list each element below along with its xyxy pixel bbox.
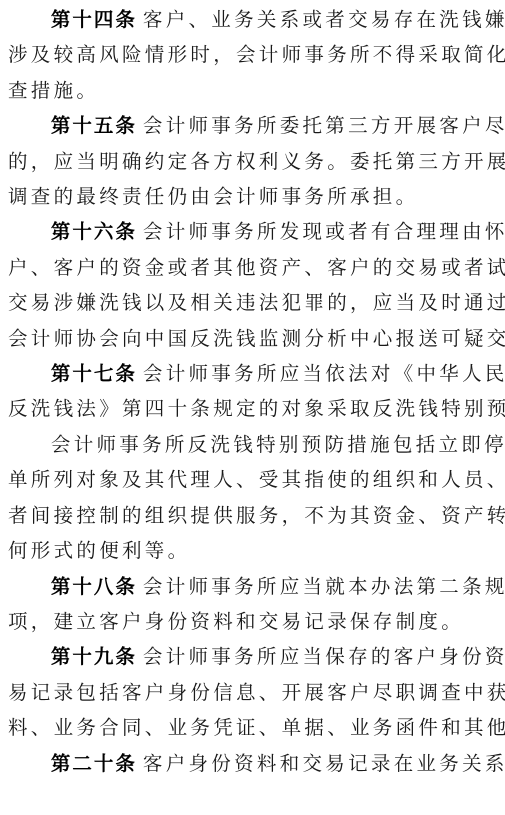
- text-line: 交易涉嫌洗钱以及相关违法犯罪的，应当及时通过中国注册: [8, 285, 498, 320]
- article-14: 第十四条客户、业务关系或者交易存在洗钱嫌疑或者 涉及较高风险情形时，会计师事务所…: [8, 2, 498, 108]
- article-heading: 第二十条: [51, 752, 137, 775]
- article-19: 第十九条会计师事务所应当保存的客户身份资料和交 易记录包括客户身份信息、开展客户…: [8, 639, 498, 745]
- text-line: 客户、业务关系或者交易存在洗钱嫌疑或者: [143, 8, 505, 31]
- text-line: 的，应当明确约定各方权利义务。委托第三方开展客户尽职: [8, 144, 498, 179]
- text-line: 单所列对象及其代理人、受其指使的组织和人员、其直接或: [8, 462, 498, 497]
- text-line: 会计师事务所委托第三方开展客户尽职调查: [143, 114, 505, 137]
- text-line: 会计师事务所应当依法对《中华人民共和国: [143, 362, 505, 385]
- article-17-paragraph-2: 会计师事务所反洗钱特别预防措施包括立即停止向名 单所列对象及其代理人、受其指使的…: [8, 427, 498, 569]
- article-16: 第十六条会计师事务所发现或者有合理理由怀疑客 户、客户的资金或者其他资产、客户的…: [8, 214, 498, 356]
- article-heading: 第十八条: [51, 575, 137, 598]
- article-15: 第十五条会计师事务所委托第三方开展客户尽职调查 的，应当明确约定各方权利义务。委…: [8, 108, 498, 214]
- text-line: 反洗钱法》第四十条规定的对象采取反洗钱特别预防措施。: [8, 391, 498, 426]
- article-20: 第二十条客户身份资料和交易记录在业务关系或交易: [8, 746, 498, 781]
- article-heading: 第十五条: [51, 114, 137, 137]
- text-line: 会计师事务所应当就本办法第二条规定事: [143, 575, 505, 598]
- article-heading: 第十四条: [51, 8, 137, 31]
- text-line: 户、客户的资金或者其他资产、客户的交易或者试图进行的: [8, 250, 498, 285]
- article-18: 第十八条会计师事务所应当就本办法第二条规定事 项，建立客户身份资料和交易记录保存…: [8, 569, 498, 640]
- text-line: 客户身份资料和交易记录在业务关系或交易: [143, 752, 505, 775]
- text-line: 会计师事务所发现或者有合理理由怀疑客: [143, 220, 505, 243]
- text-line: 调查的最终责任仍由会计师事务所承担。: [8, 179, 498, 214]
- text-line: 者间接控制的组织提供服务，不为其资金、资产转移提供任: [8, 498, 498, 533]
- text-line: 会计师协会向中国反洗钱监测分析中心报送可疑交易报告。: [8, 321, 498, 356]
- article-17: 第十七条会计师事务所应当依法对《中华人民共和国 反洗钱法》第四十条规定的对象采取…: [8, 356, 498, 427]
- document-page: 第十四条客户、业务关系或者交易存在洗钱嫌疑或者 涉及较高风险情形时，会计师事务所…: [8, 2, 498, 781]
- text-line: 料、业务合同、业务凭证、单据、业务函件和其他资料。: [8, 710, 498, 745]
- text-line: 涉及较高风险情形时，会计师事务所不得采取简化的尽职调: [8, 37, 498, 72]
- text-line: 查措施。: [8, 73, 498, 108]
- article-heading: 第十九条: [51, 645, 137, 668]
- text-line: 易记录包括客户身份信息、开展客户尽职调查中获取的资: [8, 675, 498, 710]
- text-line: 会计师事务所应当保存的客户身份资料和交: [143, 645, 505, 668]
- text-line: 会计师事务所反洗钱特别预防措施包括立即停止向名: [8, 427, 498, 462]
- article-heading: 第十六条: [51, 220, 137, 243]
- text-line: 项，建立客户身份资料和交易记录保存制度。: [8, 604, 498, 639]
- article-heading: 第十七条: [51, 362, 137, 385]
- text-line: 何形式的便利等。: [8, 533, 498, 568]
